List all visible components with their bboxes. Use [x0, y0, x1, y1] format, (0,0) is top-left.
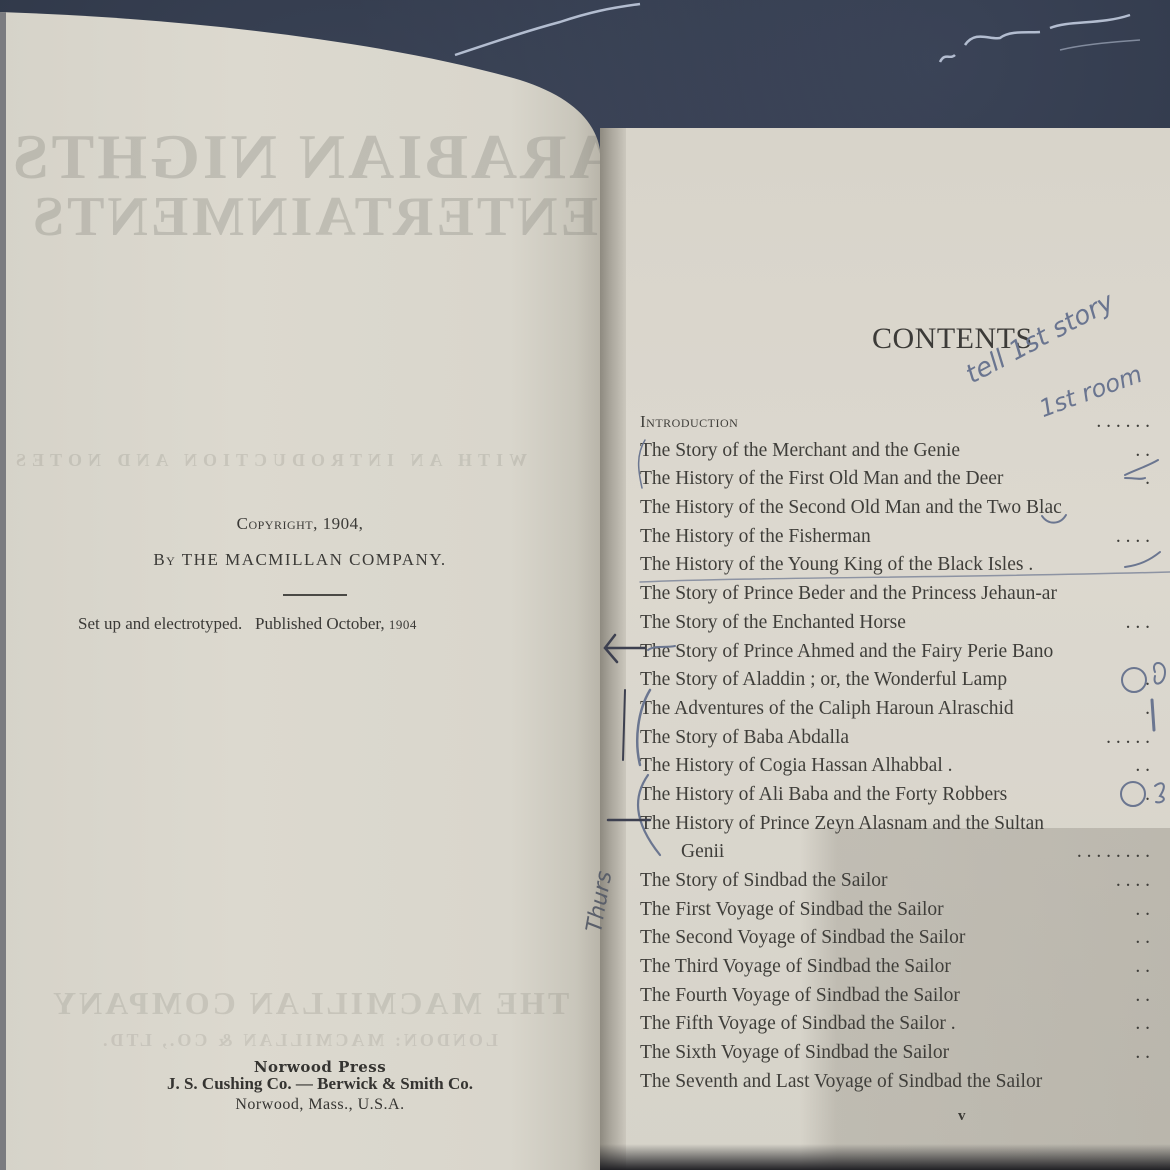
toc-entry-title: The Second Voyage of Sindbad the Sailor — [640, 924, 965, 953]
toc-entry: The Story of the Merchant and the Genie.… — [640, 437, 1170, 466]
published-year: 1904 — [389, 617, 417, 632]
toc-leader-dots: . . — [1135, 752, 1150, 781]
toc-entry: The Story of Prince Ahmed and the Fairy … — [640, 638, 1170, 667]
toc-entry: Introduction. . . . . . — [640, 408, 1170, 437]
toc-entry: The Story of the Enchanted Horse. . . — [640, 609, 1170, 638]
toc-entry: The Seventh and Last Voyage of Sindbad t… — [640, 1068, 1170, 1097]
toc-entry-title: The History of the Young King of the Bla… — [640, 551, 1033, 580]
toc-entry-title: The History of the Second Old Man and th… — [640, 494, 1062, 523]
toc-leader-dots: . . . . . — [1106, 724, 1150, 753]
toc-entry-title: The History of Cogia Hassan Alhabbal . — [640, 752, 953, 781]
toc-entry: The Story of Baba Abdalla. . . . . — [640, 724, 1170, 753]
toc-leader-dots: . . — [1135, 896, 1150, 925]
toc-entry: The Adventures of the Caliph Haroun Alra… — [640, 695, 1170, 724]
copyright-line: Copyright, 1904, — [60, 514, 540, 534]
toc-leader-dots: . . . . . . — [1096, 408, 1150, 437]
page-gutter-shadow — [600, 128, 626, 1170]
show-through-publisher: THE MACMILLAN COMPANY — [50, 985, 569, 1022]
press-location: Norwood, Mass., U.S.A. — [110, 1096, 530, 1114]
toc-entry: The History of the Young King of the Bla… — [640, 551, 1170, 580]
toc-leader-dots: . . — [1135, 1039, 1150, 1068]
toc-leader-dots: . . — [1135, 437, 1150, 466]
table-of-contents: Introduction. . . . . . The Story of the… — [640, 408, 1170, 1097]
toc-leader-dots: . . — [1135, 982, 1150, 1011]
page-edge-shadow — [0, 0, 6, 1170]
toc-entry-title: The History of the First Old Man and the… — [640, 465, 1003, 494]
toc-entry-title: The History of Ali Baba and the Forty Ro… — [640, 781, 1007, 810]
toc-entry: The Fourth Voyage of Sindbad the Sailor.… — [640, 982, 1170, 1011]
toc-entry: The History of the First Old Man and the… — [640, 465, 1170, 494]
toc-entry-title: The Story of Prince Ahmed and the Fairy … — [640, 638, 1053, 667]
toc-entry: The Second Voyage of Sindbad the Sailor.… — [640, 924, 1170, 953]
published-label: Published October, — [255, 614, 385, 633]
toc-entry: The History of Cogia Hassan Alhabbal .. … — [640, 752, 1170, 781]
toc-leader-dots: . . — [1135, 1010, 1150, 1039]
show-through-publisher-location: LONDON: MACMILLAN & CO., LTD. — [100, 1030, 498, 1051]
toc-entry-title: The History of Prince Zeyn Alasnam and t… — [640, 810, 1044, 839]
toc-leader-dots: . . — [1135, 924, 1150, 953]
toc-entry-title: The Fourth Voyage of Sindbad the Sailor — [640, 982, 960, 1011]
toc-entry-title: The Seventh and Last Voyage of Sindbad t… — [640, 1068, 1042, 1097]
toc-entry: The History of the Second Old Man and th… — [640, 494, 1170, 523]
show-through-subtitle: WITH AN INTRODUCTION AND NOTES — [10, 450, 527, 471]
press-companies: J. S. Cushing Co. — Berwick & Smith Co. — [110, 1074, 530, 1094]
toc-entry: The Third Voyage of Sindbad the Sailor. … — [640, 953, 1170, 982]
toc-entry-title: The Story of the Enchanted Horse — [640, 609, 906, 638]
toc-leader-dots: . — [1145, 695, 1150, 724]
publication-note: Set up and electrotyped. Published Octob… — [78, 614, 417, 634]
toc-entry: The History of Prince Zeyn Alasnam and t… — [640, 810, 1170, 839]
electrotyped-note: Set up and electrotyped. — [78, 614, 242, 633]
toc-entry: Genii. . . . . . . . — [640, 838, 1170, 867]
toc-entry-title: The History of the Fisherman — [640, 523, 871, 552]
page-bottom-edge — [600, 1144, 1170, 1170]
toc-entry-title: Genii — [640, 838, 724, 867]
toc-leader-dots: . . . — [1126, 609, 1150, 638]
toc-leader-dots: . — [1145, 465, 1150, 494]
toc-entry-title: The Story of the Merchant and the Genie — [640, 437, 960, 466]
toc-entry: The History of the Fisherman. . . . — [640, 523, 1170, 552]
toc-leader-dots: . — [1145, 781, 1150, 810]
toc-entry: The Story of Aladdin ; or, the Wonderful… — [640, 666, 1170, 695]
left-page-copyright: THE ARABIAN NIGHTS ENTERTAINMENTS WITH A… — [0, 0, 600, 1170]
toc-entry-title: The Story of Sindbad the Sailor — [640, 867, 888, 896]
toc-entry-title: The Story of Baba Abdalla — [640, 724, 849, 753]
publisher-name: THE MACMILLAN COMPANY. — [182, 550, 447, 569]
toc-entry-title: The Adventures of the Caliph Haroun Alra… — [640, 695, 1014, 724]
toc-entry: The First Voyage of Sindbad the Sailor. … — [640, 896, 1170, 925]
publisher-by: By — [153, 550, 176, 569]
toc-entry: The Story of Sindbad the Sailor. . . . — [640, 867, 1170, 896]
toc-leader-dots: . . — [1135, 953, 1150, 982]
toc-leader-dots: . . . . — [1116, 867, 1150, 896]
toc-entry: The Fifth Voyage of Sindbad the Sailor .… — [640, 1010, 1170, 1039]
toc-entry: The Story of Prince Beder and the Prince… — [640, 580, 1170, 609]
divider-rule — [283, 594, 347, 596]
toc-leader-dots: . — [1145, 666, 1150, 695]
toc-entry-title: Introduction — [640, 408, 738, 437]
show-through-title-line2: ENTERTAINMENTS — [30, 185, 598, 249]
toc-entry-title: The Story of Aladdin ; or, the Wonderful… — [640, 666, 1007, 695]
toc-entry-title: The Sixth Voyage of Sindbad the Sailor — [640, 1039, 949, 1068]
toc-entry: The Sixth Voyage of Sindbad the Sailor. … — [640, 1039, 1170, 1068]
publisher-line: By THE MACMILLAN COMPANY. — [60, 550, 540, 570]
toc-entry-title: The Story of Prince Beder and the Prince… — [640, 580, 1057, 609]
page-number: v — [958, 1108, 966, 1125]
toc-leader-dots: . . . . . . . . — [1077, 838, 1150, 867]
toc-leader-dots: . . . . — [1116, 523, 1150, 552]
toc-entry-title: The Third Voyage of Sindbad the Sailor — [640, 953, 951, 982]
toc-entry: The History of Ali Baba and the Forty Ro… — [640, 781, 1170, 810]
toc-entry-title: The Fifth Voyage of Sindbad the Sailor . — [640, 1010, 956, 1039]
toc-entry-title: The First Voyage of Sindbad the Sailor — [640, 896, 944, 925]
